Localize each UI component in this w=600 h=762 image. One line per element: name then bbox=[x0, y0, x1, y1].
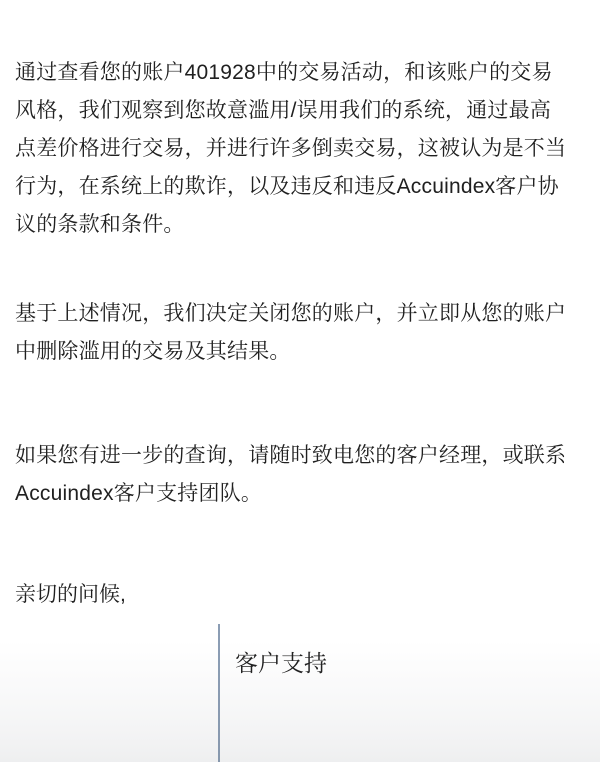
paragraph-line: 风格，我们观察到您故意滥用/误用我们的系统，通过最高 bbox=[15, 92, 585, 130]
signature-name: 客户支持 bbox=[235, 648, 327, 678]
letter-page: 通过查看您的账户401928中的交易活动，和该账户的交易 风格，我们观察到您故意… bbox=[0, 0, 600, 762]
closing-salutation: 亲切的问候, bbox=[15, 576, 585, 614]
signature-block: 客户支持 bbox=[218, 624, 585, 762]
paragraph-line: 点差价格进行交易，并进行许多倒卖交易，这被认为是不当 bbox=[15, 130, 585, 168]
paragraph-account-abuse: 通过查看您的账户401928中的交易活动，和该账户的交易 风格，我们观察到您故意… bbox=[15, 54, 585, 244]
paragraph-line: 如果您有进一步的查询，请随时致电您的客户经理，或联系 bbox=[15, 437, 585, 475]
paragraph-line: Accuindex客户支持团队。 bbox=[15, 475, 585, 513]
paragraph-line: 中删除滥用的交易及其结果。 bbox=[15, 333, 585, 371]
paragraph-account-closure: 基于上述情况，我们决定关闭您的账户，并立即从您的账户 中删除滥用的交易及其结果。 bbox=[15, 295, 585, 371]
signature-content: 客户支持 bbox=[220, 624, 327, 762]
paragraph-line: 基于上述情况，我们决定关闭您的账户，并立即从您的账户 bbox=[15, 295, 585, 333]
paragraph-line: 行为，在系统上的欺诈，以及违反和违反Accuindex客户协 bbox=[15, 168, 585, 206]
paragraph-line: 议的条款和条件。 bbox=[15, 206, 585, 244]
paragraph-contact-support: 如果您有进一步的查询，请随时致电您的客户经理，或联系 Accuindex客户支持… bbox=[15, 437, 585, 513]
paragraph-line: 通过查看您的账户401928中的交易活动，和该账户的交易 bbox=[15, 54, 585, 92]
